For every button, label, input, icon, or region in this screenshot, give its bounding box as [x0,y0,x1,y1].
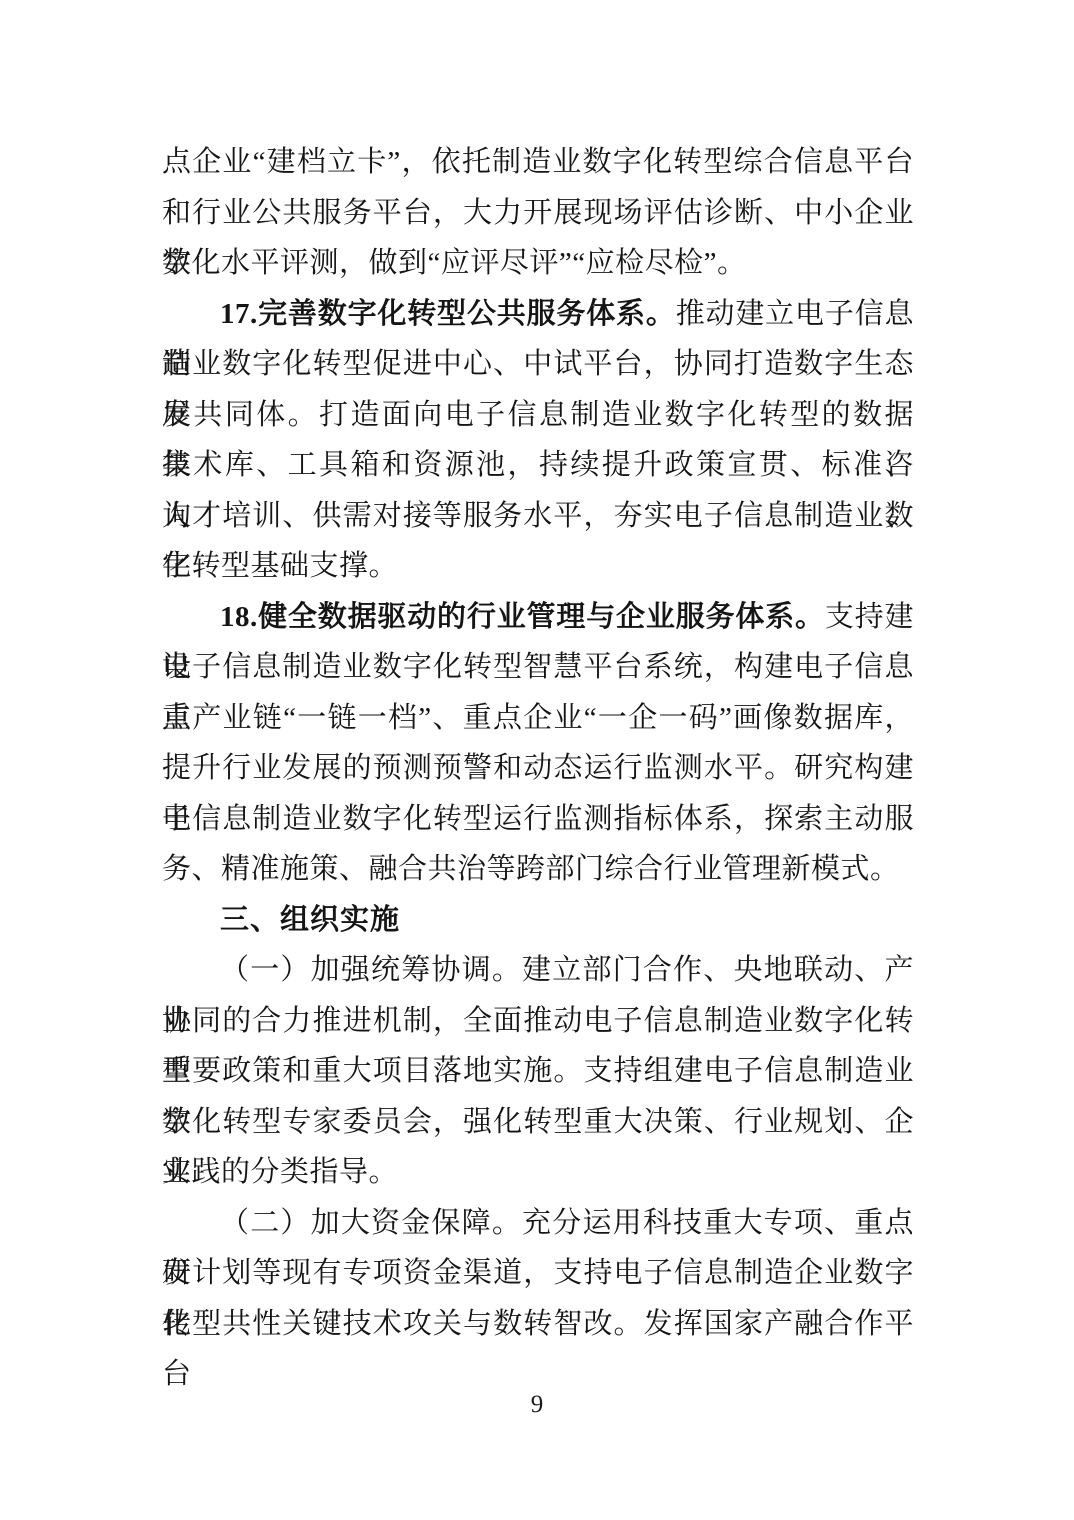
body-line-8: 人才培训、供需对接等服务水平，夯实电子信息制造业数字 [162,491,914,542]
body-line-14: 子信息制造业数字化转型运行监测指标体系，探索主动服 [162,794,914,845]
heading-item-17-line: 17.完善数字化转型公共服务体系。推动建立电子信息制 [162,289,914,340]
body-line-1: 点企业“建档立卡”，依托制造业数字化转型综合信息平台 [162,137,914,188]
body-line-18: 协同的合力推进机制，全面推动电子信息制造业数字化转型 [162,996,914,1047]
document-page: 点企业“建档立卡”，依托制造业数字化转型综合信息平台 和行业公共服务平台，大力开… [0,0,1074,1520]
body-line-11: 电子信息制造业数字化转型智慧平台系统，构建电子信息重 [162,642,914,693]
body-line-5: 造业数字化转型促进中心、中试平台，协同打造数字生态发 [162,339,914,390]
heading-item-18-line: 18.健全数据驱动的行业管理与企业服务体系。支持建设 [162,592,914,643]
para-lead-2: （二）加大资金保障。充分运用科技重大专项、重点研 [162,1198,914,1249]
body-line-7: 技术库、工具箱和资源池，持续提升政策宣贯、标准咨询、 [162,440,914,491]
section-heading-3: 三、组织实施 [162,895,914,946]
body-line-12: 点产业链“一链一档”、重点企业“一企一码”画像数据库， [162,693,914,744]
para-lead-1: （一）加强统筹协调。建立部门合作、央地联动、产业 [162,945,914,996]
body-line-6: 展共同体。打造面向电子信息制造业数字化转型的数据集、 [162,390,914,441]
heading-item-17: 17.完善数字化转型公共服务体系。 [220,298,676,330]
body-line-2: 和行业公共服务平台，大力开展现场评估诊断、中小企业数 [162,188,914,239]
body-line-21: 实践的分类指导。 [162,1147,914,1198]
body-line-3: 字化水平评测，做到“应评尽评”“应检尽检”。 [162,238,914,289]
page-number: 9 [0,1385,1074,1425]
body-line-15: 务、精准施策、融合共治等跨部门综合行业管理新模式。 [162,844,914,895]
body-line-19: 重要政策和重大项目落地实施。支持组建电子信息制造业数 [162,1046,914,1097]
body-line-24: 转型共性关键技术攻关与数转智改。发挥国家产融合作平台 [162,1299,914,1350]
heading-item-18: 18.健全数据驱动的行业管理与企业服务体系。 [220,601,825,633]
text-block: 点企业“建档立卡”，依托制造业数字化转型综合信息平台 和行业公共服务平台，大力开… [162,137,914,1349]
body-line-13: 提升行业发展的预测预警和动态运行监测水平。研究构建电 [162,743,914,794]
body-line-23: 发计划等现有专项资金渠道，支持电子信息制造企业数字化 [162,1248,914,1299]
body-line-20: 字化转型专家委员会，强化转型重大决策、行业规划、企业 [162,1097,914,1148]
body-line-9: 化转型基础支撑。 [162,541,914,592]
